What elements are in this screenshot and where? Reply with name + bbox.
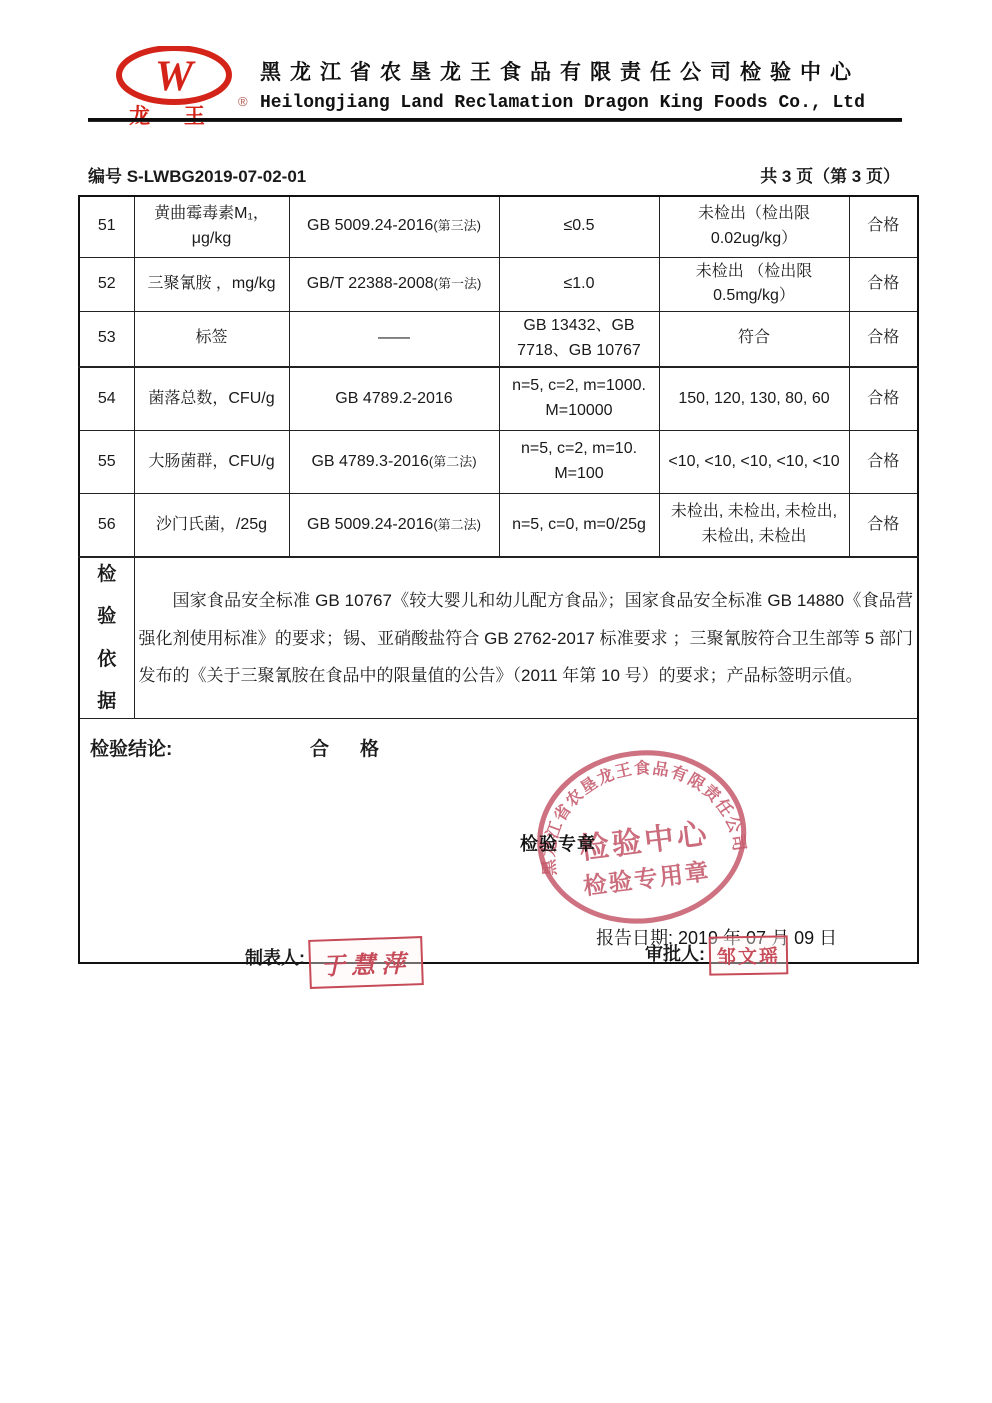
table-row: 53 标签 —— GB 13432、GB 7718、GB 10767 符合 合格 [79,312,918,367]
approver-signature-stamp: 邹文瑶 [709,935,789,975]
preparer-group: 制表人: 于慧萍 [245,938,423,987]
row-result: 符合 [659,312,849,367]
method-code: GB 4789.2-2016 [335,390,452,407]
row-result: 未检出（检出限 0.02ug/kg） [659,196,849,257]
row-no: 55 [79,431,134,494]
row-result: 未检出 （检出限 0.5mg/kg） [659,257,849,312]
row-conclusion: 合格 [849,367,918,431]
inspection-report-page: W 龙 王 ® 黑龙江省农垦龙王食品有限责任公司检验中心 Heilongjian… [0,0,992,1403]
conclusion-label: 检验结论: [90,735,172,764]
row-item: 三聚氰胺 ，mg/kg [134,257,289,312]
doc-number: 编号 S-LWBG2019-07-02-01 [88,162,306,187]
row-method: —— [289,312,499,367]
row-conclusion: 合格 [849,312,918,367]
method-note: (第二法) [433,517,481,532]
method-note: (第一法) [434,276,482,291]
header-titles: 黑龙江省农垦龙王食品有限责任公司检验中心 Heilongjiang Land R… [260,56,910,113]
method-code: —— [378,329,410,346]
seal-bottom-text: 检验专用章 [582,858,712,900]
row-item: 大肠菌群，CFU/g [134,431,289,494]
conclusion-row: 检验结论: 合 格 黑龙江省农垦龙王食品有限责任公司 检验中心 检验专用章 [79,719,918,963]
method-code: GB/T 22388-2008 [307,275,434,292]
company-title-cn: 黑龙江省农垦龙王食品有限责任公司检验中心 [260,56,910,86]
row-conclusion: 合格 [849,196,918,257]
basis-label-cell: 检 验 依 据 [79,557,134,719]
dragon-king-logo: W 龙 王 ® [112,46,252,128]
row-item: 黄曲霉毒素M₁，μg/kg [134,196,289,257]
row-result: 未检出, 未检出, 未检出, 未检出, 未检出 [659,494,849,557]
row-conclusion: 合格 [849,431,918,494]
conclusion-value: 合 格 [310,735,385,764]
registered-mark-icon: ® [238,94,248,109]
table-row: 52 三聚氰胺 ，mg/kg GB/T 22388-2008(第一法) ≤1.0… [79,257,918,312]
table-row: 51 黄曲霉毒素M₁，μg/kg GB 5009.24-2016(第三法) ≤0… [79,196,918,257]
row-requirement: ≤1.0 [499,257,659,312]
table-row: 55 大肠菌群，CFU/g GB 4789.3-2016(第二法) n=5, c… [79,431,918,494]
row-method: GB 4789.3-2016(第二法) [289,431,499,494]
doc-meta-line: 编号 S-LWBG2019-07-02-01 共 3 页（第 3 页） [88,162,900,187]
company-title-en: Heilongjiang Land Reclamation Dragon Kin… [260,93,910,113]
approver-label: 审批人: [645,934,705,966]
logo-brand-cn: 龙 王 [129,104,219,128]
basis-label-char: 据 [97,687,116,716]
row-no: 53 [79,312,134,367]
row-item: 沙门氏菌，/25g [134,494,289,557]
row-no: 52 [79,257,134,312]
basis-text-cell: 国家食品安全标准 GB 10767《较大婴儿和幼儿配方食品》；国家食品安全标准 … [134,557,918,719]
row-requirement: ≤0.5 [499,196,659,257]
inspection-basis-row: 检 验 依 据 国家食品安全标准 GB 10767《较大婴儿和幼儿配方食品》；国… [79,557,918,719]
row-method: GB/T 22388-2008(第一法) [289,257,499,312]
row-method: GB 4789.2-2016 [289,367,499,431]
basis-text: 国家食品安全标准 GB 10767《较大婴儿和幼儿配方食品》；国家食品安全标准 … [139,582,914,693]
method-note: (第二法) [429,454,477,469]
row-no: 56 [79,494,134,557]
method-code: GB 5009.24-2016 [307,217,433,234]
method-code: GB 5009.24-2016 [307,516,433,533]
basis-vertical-label: 检 验 依 据 [84,560,130,717]
seal-center-text: 检验中心 [577,818,711,867]
method-note: (第三法) [433,218,481,233]
page-info: 共 3 页（第 3 页） [760,162,900,187]
row-result: 150, 120, 130, 80, 60 [659,367,849,431]
row-conclusion: 合格 [849,257,918,312]
row-no: 54 [79,367,134,431]
logo-monogram: W [155,53,196,100]
conclusion-cell: 检验结论: 合 格 黑龙江省农垦龙王食品有限责任公司 检验中心 检验专用章 [79,719,918,963]
row-method: GB 5009.24-2016(第三法) [289,196,499,257]
row-result: <10, <10, <10, <10, <10 [659,431,849,494]
basis-label-char: 检 [97,560,116,589]
results-table: 51 黄曲霉毒素M₁，μg/kg GB 5009.24-2016(第三法) ≤0… [78,195,919,964]
row-requirement: n=5, c=0, m=0/25g [499,494,659,557]
table-row: 56 沙门氏菌，/25g GB 5009.24-2016(第二法) n=5, c… [79,494,918,557]
row-requirement: GB 13432、GB 7718、GB 10767 [499,312,659,367]
header-divider [88,118,902,122]
basis-label-char: 依 [97,645,116,674]
method-code: GB 4789.3-2016 [311,453,428,470]
preparer-signature-stamp: 于慧萍 [308,936,424,989]
row-item: 标签 [134,312,289,367]
row-item: 菌落总数，CFU/g [134,367,289,431]
preparer-label: 制表人: [245,938,305,970]
table-row: 54 菌落总数，CFU/g GB 4789.2-2016 n=5, c=2, m… [79,367,918,431]
signature-row: 制表人: 于慧萍 审批人: 邹文瑶 [0,932,992,1002]
row-requirement: n=5, c=2, m=10. M=100 [499,431,659,494]
row-requirement: n=5, c=2, m=1000. M=10000 [499,367,659,431]
seal-annotation: 检验专章 [520,831,596,859]
row-method: GB 5009.24-2016(第二法) [289,494,499,557]
row-conclusion: 合格 [849,494,918,557]
approver-group: 审批人: 邹文瑶 [645,934,788,975]
basis-label-char: 验 [97,602,116,631]
row-no: 51 [79,196,134,257]
